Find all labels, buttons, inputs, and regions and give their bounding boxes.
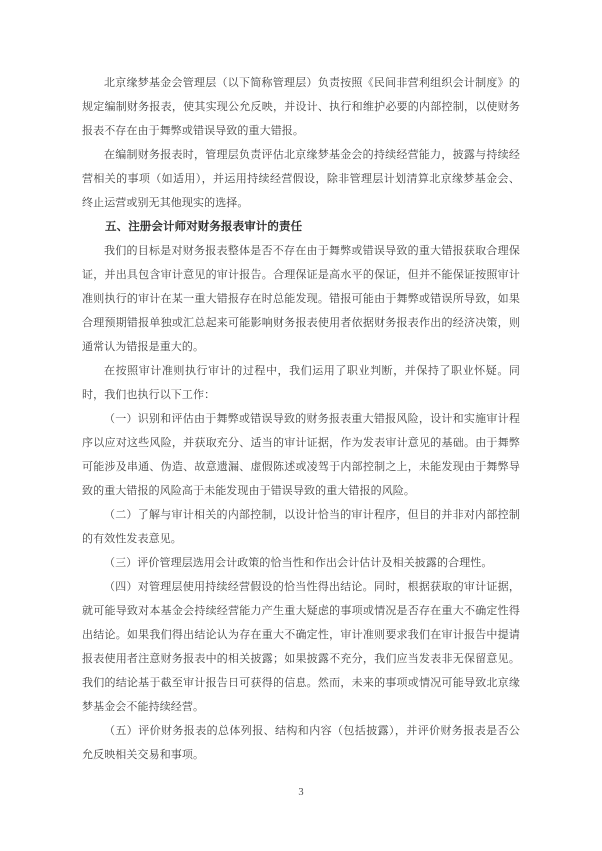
paragraph-item-5-overall-presentation: （五）评价财务报表的总体列报、结构和内容（包括披露），并评价财务报表是否公允反映… — [82, 719, 520, 767]
paragraph-item-3-accounting-policies: （三）评价管理层选用会计政策的恰当性和作出会计估计及相关披露的合理性。 — [82, 551, 520, 575]
section-heading-auditor-responsibility: 五、注册会计师对财务报表审计的责任 — [82, 215, 520, 239]
document-page: 北京缘梦基金会管理层（以下简称管理层）负责按照《民间非营利组织会计制度》的规定编… — [0, 0, 602, 851]
paragraph-professional-judgment: 在按照审计准则执行审计的过程中，我们运用了职业判断，并保持了职业怀疑。同时，我们… — [82, 359, 520, 407]
paragraph-item-4-going-concern-conclusion: （四）对管理层使用持续经营假设的恰当性得出结论。同时，根据获取的审计证据，就可能… — [82, 575, 520, 719]
page-number: 3 — [0, 787, 602, 799]
document-body: 北京缘梦基金会管理层（以下简称管理层）负责按照《民间非营利组织会计制度》的规定编… — [82, 71, 520, 767]
paragraph-item-1-risk-identification: （一）识别和评估由于舞弊或错误导致的财务报表重大错报风险，设计和实施审计程序以应… — [82, 407, 520, 503]
paragraph-audit-objective: 我们的目标是对财务报表整体是否不存在由于舞弊或错误导致的重大错报获取合理保证，并… — [82, 239, 520, 359]
paragraph-item-2-internal-control: （二）了解与审计相关的内部控制，以设计恰当的审计程序，但目的并非对内部控制的有效… — [82, 503, 520, 551]
paragraph-management-responsibility: 北京缘梦基金会管理层（以下简称管理层）负责按照《民间非营利组织会计制度》的规定编… — [82, 71, 520, 143]
paragraph-going-concern-assessment: 在编制财务报表时，管理层负责评估北京缘梦基金会的持续经营能力，披露与持续经营相关… — [82, 143, 520, 215]
